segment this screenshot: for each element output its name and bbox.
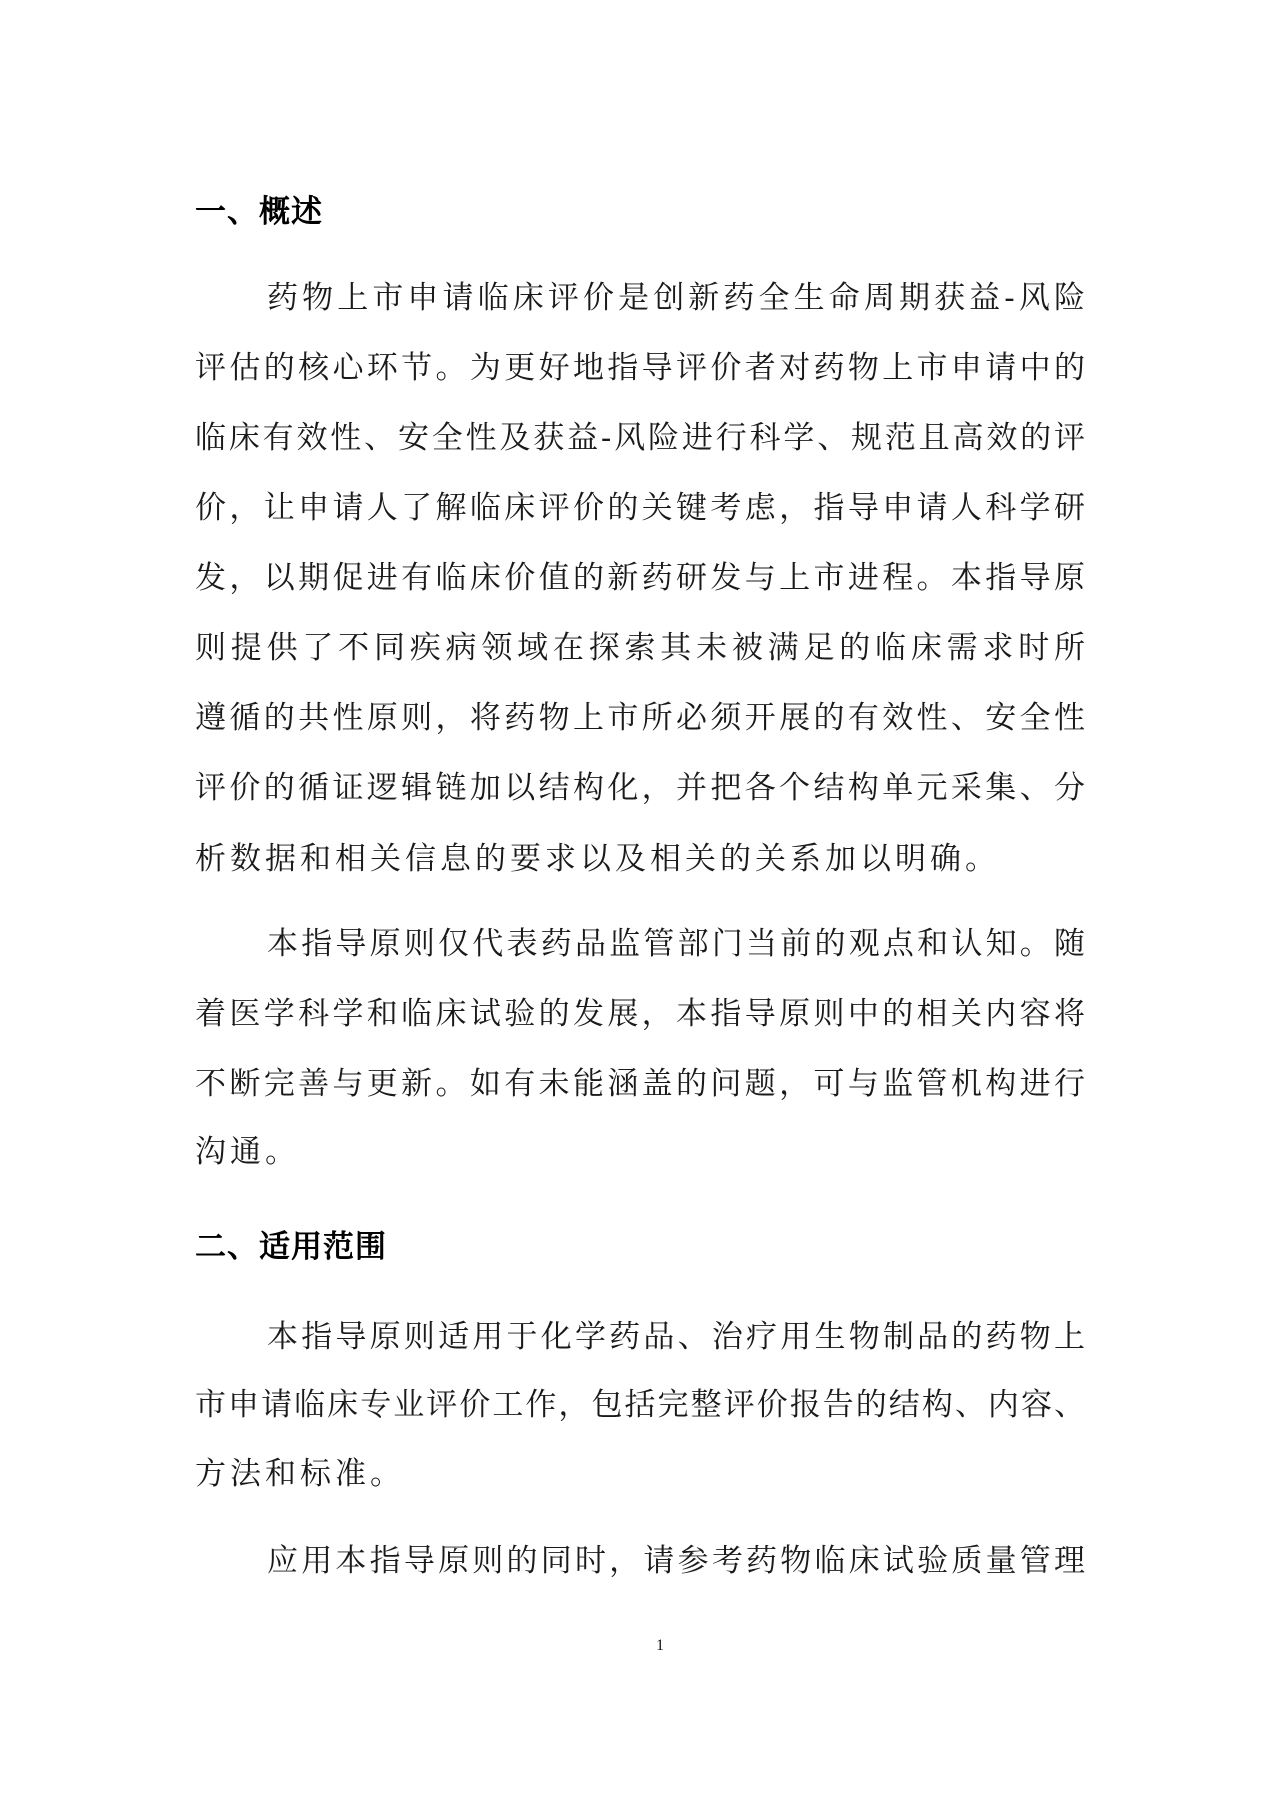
page-number: 1 bbox=[652, 1636, 668, 1656]
paragraph-line: 评估的核心环节。为更好地指导评价者对药物上市申请中的 bbox=[195, 350, 1085, 386]
paragraph-line: 应用本指导原则的同时，请参考药物临床试验质量管理 bbox=[267, 1543, 1085, 1579]
paragraph-line: 价，让申请人了解临床评价的关键考虑，指导申请人科学研 bbox=[195, 490, 1085, 526]
paragraph-line: 着医学科学和临床试验的发展，本指导原则中的相关内容将 bbox=[195, 996, 1085, 1032]
paragraph-line: 不断完善与更新。如有未能涵盖的问题，可与监管机构进行 bbox=[195, 1066, 1085, 1102]
paragraph-line: 评价的循证逻辑链加以结构化，并把各个结构单元采集、分 bbox=[195, 770, 1085, 806]
paragraph-line: 市申请临床专业评价工作，包括完整评价报告的结构、内容、 bbox=[195, 1387, 1085, 1423]
paragraph-line: 药物上市申请临床评价是创新药全生命周期获益-风险 bbox=[267, 280, 1085, 316]
section-heading-overview: 一、概述 bbox=[195, 194, 323, 230]
paragraph-line: 析数据和相关信息的要求以及相关的关系加以明确。 bbox=[195, 841, 1085, 877]
paragraph-line: 方法和标准。 bbox=[195, 1456, 1085, 1492]
paragraph-line: 本指导原则适用于化学药品、治疗用生物制品的药物上 bbox=[267, 1319, 1085, 1355]
section-heading-scope: 二、适用范围 bbox=[195, 1229, 387, 1265]
paragraph-line: 临床有效性、安全性及获益-风险进行科学、规范且高效的评 bbox=[195, 420, 1085, 456]
paragraph-line: 沟通。 bbox=[195, 1134, 1085, 1170]
paragraph-line: 发，以期促进有临床价值的新药研发与上市进程。本指导原 bbox=[195, 560, 1085, 596]
paragraph-line: 则提供了不同疾病领域在探索其未被满足的临床需求时所 bbox=[195, 630, 1085, 666]
paragraph-line: 本指导原则仅代表药品监管部门当前的观点和认知。随 bbox=[267, 926, 1085, 962]
paragraph-line: 遵循的共性原则，将药物上市所必须开展的有效性、安全性 bbox=[195, 700, 1085, 736]
document-page: 一、概述 药物上市申请临床评价是创新药全生命周期获益-风险 评估的核心环节。为更… bbox=[0, 0, 1280, 1810]
